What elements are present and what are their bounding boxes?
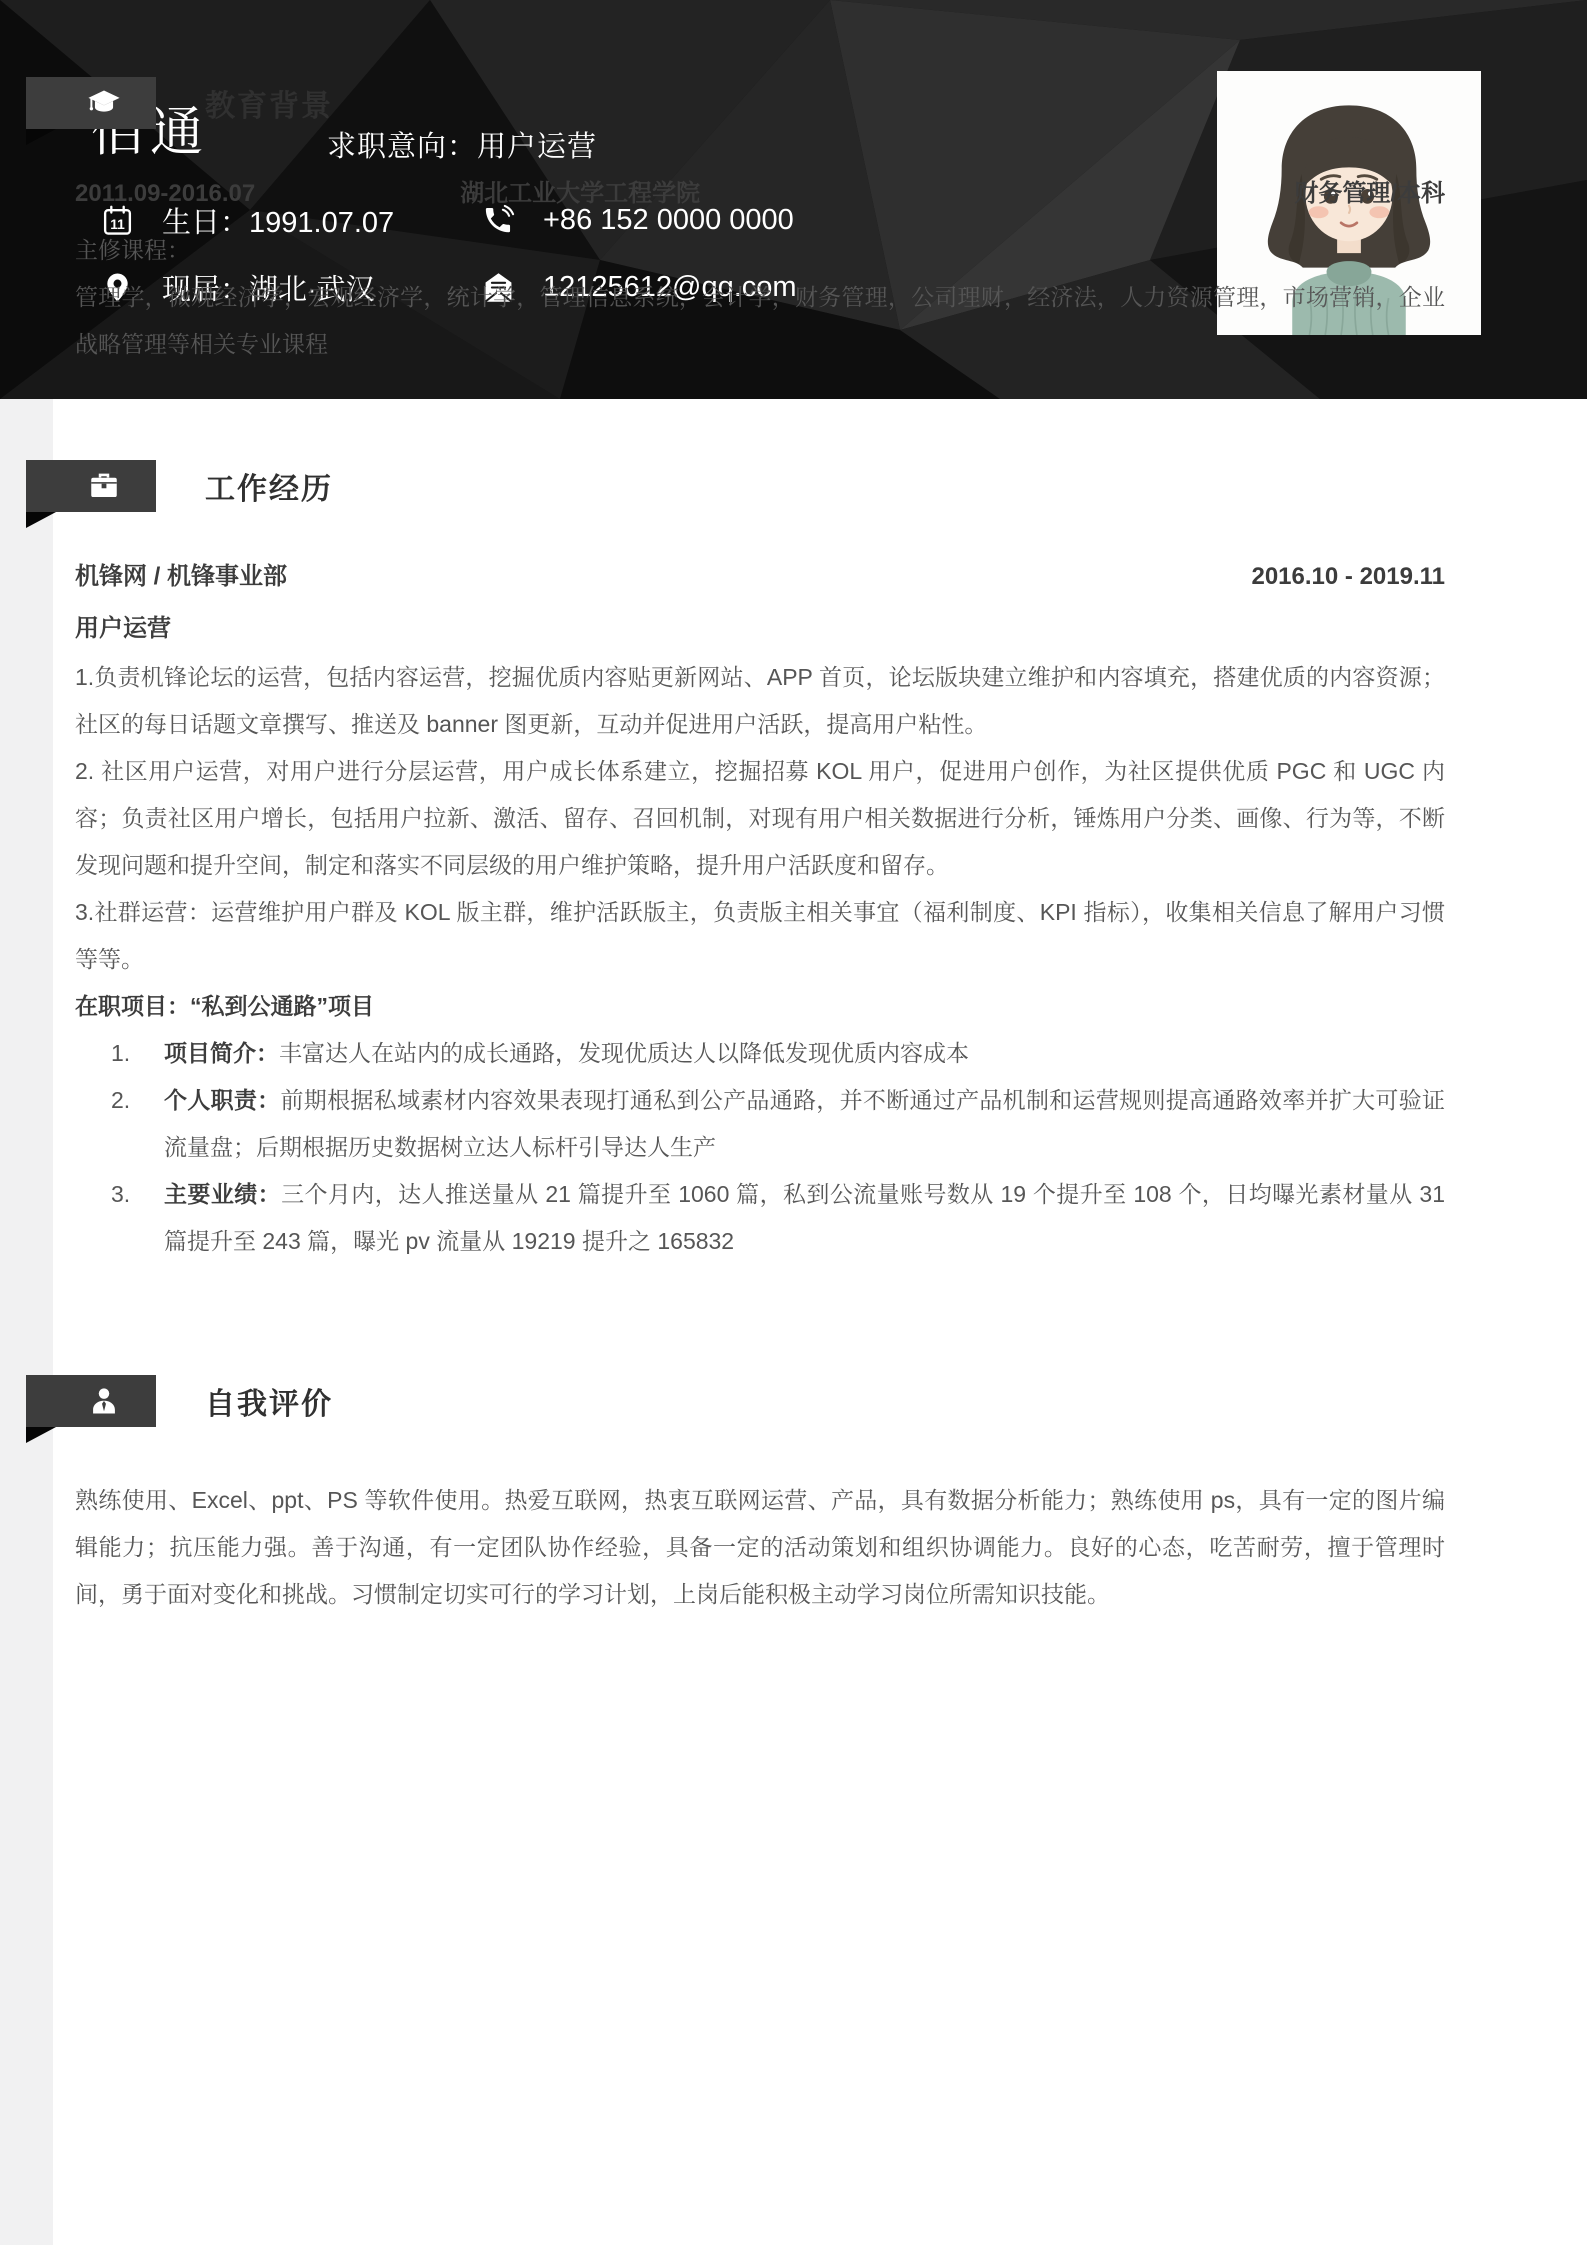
person-icon — [87, 1384, 121, 1418]
duty-item: 2. 社区用户运营，对用户进行分层运营，用户成长体系建立，挖掘招募 KOL 用户… — [75, 748, 1445, 889]
briefcase-icon — [87, 469, 121, 503]
resume-page: 佰通 求职意向：用户运营 11 生日：1991.07.07 — [0, 0, 1587, 2245]
section-title: 自我评价 — [205, 1379, 333, 1423]
list-item-text: 主要业绩：三个月内，达人推送量从 21 篇提升至 1060 篇，私到公流量账号数… — [164, 1171, 1445, 1265]
work-section-header: 工作经历 — [0, 460, 1587, 512]
company-name: 机锋网 / 机锋事业部 — [75, 560, 287, 594]
list-item: 1. 项目简介：丰富达人在站内的成长通路，发现优质达人以降低发现优质内容成本 — [75, 1030, 1445, 1077]
list-item-number: 3. — [111, 1171, 164, 1265]
graduation-cap-icon — [87, 86, 121, 120]
work-period: 2016.10 - 2019.11 — [1251, 560, 1445, 594]
project-list: 1. 项目简介：丰富达人在站内的成长通路，发现优质达人以降低发现优质内容成本 2… — [75, 1030, 1445, 1265]
education-section-header: 教育背景 — [0, 77, 1587, 129]
section-ribbon — [26, 460, 156, 512]
education-school: 湖北工业大学工程学院 — [460, 177, 700, 211]
self-evaluation-text: 熟练使用、Excel、ppt、PS 等软件使用。热爱互联网，热衷互联网运营、产品… — [75, 1477, 1445, 1618]
section-title: 教育背景 — [205, 81, 333, 125]
list-item: 3. 主要业绩：三个月内，达人推送量从 21 篇提升至 1060 篇，私到公流量… — [75, 1171, 1445, 1265]
job-title: 用户运营 — [75, 612, 1445, 646]
courses-text: 管理学，微观经济学，宏观经济学，统计学，管理信息系统，会计学，财务管理，公司理财… — [75, 274, 1445, 368]
courses-label: 主修课程： — [75, 227, 1445, 274]
project-heading: 在职项目：“私到公通路”项目 — [75, 983, 1445, 1030]
section-title: 工作经历 — [205, 464, 333, 508]
list-item-text: 个人职责：前期根据私域素材内容效果表现打通私到公产品通路，并不断通过产品机制和运… — [164, 1077, 1445, 1171]
duty-item: 1.负责机锋论坛的运营，包括内容运营，挖掘优质内容贴更新网站、APP 首页，论坛… — [75, 654, 1445, 748]
education-major: 财务管理/本科 — [1294, 177, 1445, 211]
work-section: 工作经历 机锋网 / 机锋事业部 2016.10 - 2019.11 用户运营 … — [0, 460, 1587, 1265]
duty-item: 3.社群运营：运营维护用户群及 KOL 版主群，维护活跃版主，负责版主相关事宜（… — [75, 889, 1445, 983]
self-evaluation-section: 自我评价 熟练使用、Excel、ppt、PS 等软件使用。热爱互联网，热衷互联网… — [0, 1375, 1587, 1618]
job-duties: 1.负责机锋论坛的运营，包括内容运营，挖掘优质内容贴更新网站、APP 首页，论坛… — [75, 654, 1445, 983]
list-item: 2. 个人职责：前期根据私域素材内容效果表现打通私到公产品通路，并不断通过产品机… — [75, 1077, 1445, 1171]
work-entry-header: 机锋网 / 机锋事业部 2016.10 - 2019.11 — [75, 560, 1445, 594]
list-item-number: 2. — [111, 1077, 164, 1171]
education-entry: 2011.09-2016.07 湖北工业大学工程学院 财务管理/本科 — [75, 177, 1445, 211]
education-section: 教育背景 2011.09-2016.07 湖北工业大学工程学院 财务管理/本科 … — [0, 77, 1587, 368]
section-ribbon — [26, 1375, 156, 1427]
list-item-number: 1. — [111, 1030, 164, 1077]
education-period: 2011.09-2016.07 — [75, 177, 255, 211]
self-evaluation-section-header: 自我评价 — [0, 1375, 1587, 1427]
list-item-text: 项目简介：丰富达人在站内的成长通路，发现优质达人以降低发现优质内容成本 — [164, 1030, 1445, 1077]
section-ribbon — [26, 77, 156, 129]
